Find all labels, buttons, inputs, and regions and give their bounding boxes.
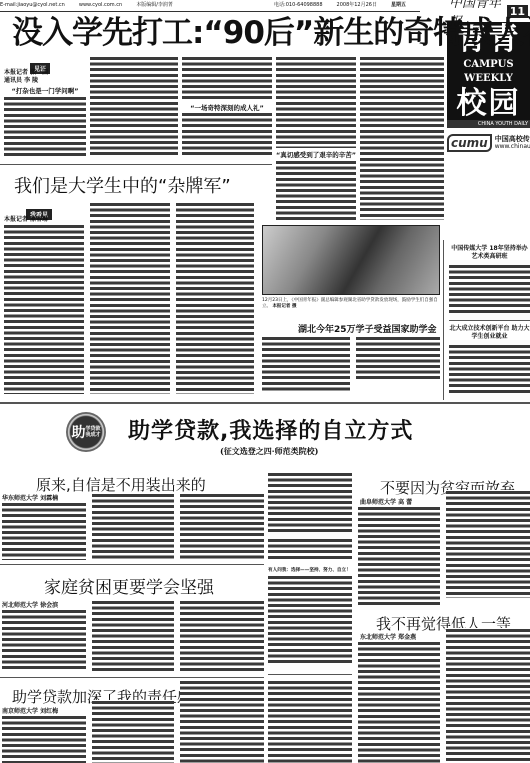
article-1-byline: 华东师范大学 刘霖楠 xyxy=(2,493,58,502)
middle-column-end xyxy=(268,680,352,763)
lead-column-5 xyxy=(360,56,444,220)
divider-article-3 xyxy=(0,564,264,565)
article-4-column-1 xyxy=(358,641,440,763)
article-3-column-2 xyxy=(92,600,174,671)
lead-column-3-top xyxy=(182,56,272,100)
header-website: www.cyol.com.cn xyxy=(79,0,122,11)
article-3-column-3 xyxy=(180,600,264,671)
section-divider xyxy=(0,402,530,404)
section-title-english: CAMPUS WEEKLY xyxy=(447,58,530,86)
sidebar-rule xyxy=(449,320,530,321)
feature-column-2 xyxy=(90,202,170,394)
photo-credit: 本报记者 摄 xyxy=(272,304,296,309)
article-3-byline: 河北师范大学 徐会滨 xyxy=(2,600,58,609)
lead-headline: 没入学先打工:“90后”新生的奇特成人礼 xyxy=(12,14,530,52)
section-title-bottom: 校园 xyxy=(447,86,530,122)
feature-column-1 xyxy=(4,224,84,394)
badge-main-char: 助 xyxy=(71,422,85,442)
header-email: E-mail:jiaoyu@cyol.net.cn xyxy=(0,0,65,11)
article-1-column-1 xyxy=(2,502,86,560)
lead-subhead-2: “一场奇特深刻的成人礼” xyxy=(182,103,272,112)
loan-section-badge: 助 学贷款 我成才 xyxy=(66,412,106,452)
lead-subhead-3: “真切感受到了艰辛的辛苦” xyxy=(276,150,356,159)
article-5-column-2 xyxy=(92,700,174,763)
union-name: 中国高校传媒联盟 xyxy=(495,135,530,143)
page-header-bar: E-mail:jiaoyu@cyol.net.cn www.cyol.com.c… xyxy=(0,0,420,12)
article-3-headline: 家庭贫困更要学会坚强 xyxy=(44,573,214,598)
photo-story-column-2 xyxy=(356,336,440,381)
lead-column-3-bottom xyxy=(182,112,272,158)
loan-section-subtitle: (征文选登之四·师范类院校) xyxy=(220,446,318,457)
header-phone: 电话:010-64098888 xyxy=(274,0,322,11)
article-4-column-2 xyxy=(446,628,530,763)
article-2-column-2 xyxy=(446,490,530,598)
sidebar-news-1-text xyxy=(449,264,530,314)
lead-byline-intern: 通讯员 李 陵 xyxy=(4,75,38,84)
feature-headline: 我们是大学生中的“杂牌军” xyxy=(14,172,231,198)
article-2-byline: 曲阜师范大学 高 蕾 xyxy=(360,497,412,506)
article-1-headline: 原来,自信是不用装出来的 xyxy=(36,474,206,495)
middle-column-bottom xyxy=(268,575,352,665)
lead-column-2 xyxy=(90,56,178,158)
lead-column-4-top xyxy=(276,56,356,148)
photo-caption: 12月23日上，《中国青年报》副总编辑参观湖北省助学贷款发放现场，鼓励学生们自强… xyxy=(262,298,440,310)
sidebar-news-1-headline: 中国传媒大学 18年坚持举办艺术类高研班 xyxy=(449,245,530,261)
article-5-column-1 xyxy=(2,715,86,763)
article-2-column-1 xyxy=(358,506,440,606)
badge-text: 学贷款 我成才 xyxy=(85,426,100,438)
article-1-column-2 xyxy=(92,493,174,560)
article-5-byline: 南京师范大学 刘红梅 xyxy=(2,706,58,715)
middle-column-mid xyxy=(268,538,352,560)
quote-box-title: 有人问我：选择——坚持、努力、自立！ xyxy=(268,567,352,573)
sidebar-divider xyxy=(443,240,444,400)
article-3-column-1 xyxy=(2,609,86,671)
loan-section-title: 助学贷款,我选择的自立方式 xyxy=(128,414,413,445)
union-url[interactable]: www.chinaumu.org xyxy=(495,143,530,151)
header-editor: 本版编辑/李润菁 xyxy=(136,0,173,11)
feature-column-3 xyxy=(176,202,254,394)
divider-article-5 xyxy=(0,677,264,678)
lead-subhead-1: “打杂也是一门学问啊” xyxy=(4,86,86,95)
sidebar-news-2-headline: 北大成立技术创新平台 助力大学生创业就业 xyxy=(449,325,530,341)
sidebar-news-2-text xyxy=(449,344,530,394)
media-union: cumu 中国高校传媒联盟 www.chinaumu.org xyxy=(447,134,530,152)
article-4-byline: 东北师范大学 郑金燕 xyxy=(360,632,416,641)
news-photo xyxy=(262,225,440,295)
feature-byline: 本报记者 原春琳 xyxy=(4,214,48,223)
header-weekday: 星期五 xyxy=(391,0,406,11)
divider-middle xyxy=(268,674,352,675)
middle-column-top xyxy=(268,472,352,534)
article-1-column-3 xyxy=(180,493,264,560)
photo-story-headline: 湖北今年25万学子受益国家助学金 xyxy=(298,322,437,335)
divider-lead xyxy=(0,164,272,165)
lead-column-1 xyxy=(4,96,86,158)
photo-story-column-1 xyxy=(262,336,350,391)
cumu-logo-icon: cumu xyxy=(447,134,492,152)
header-date: 2008年12月26日 xyxy=(337,0,377,11)
lead-column-4-bottom xyxy=(276,160,356,220)
article-5-column-3 xyxy=(180,680,264,763)
